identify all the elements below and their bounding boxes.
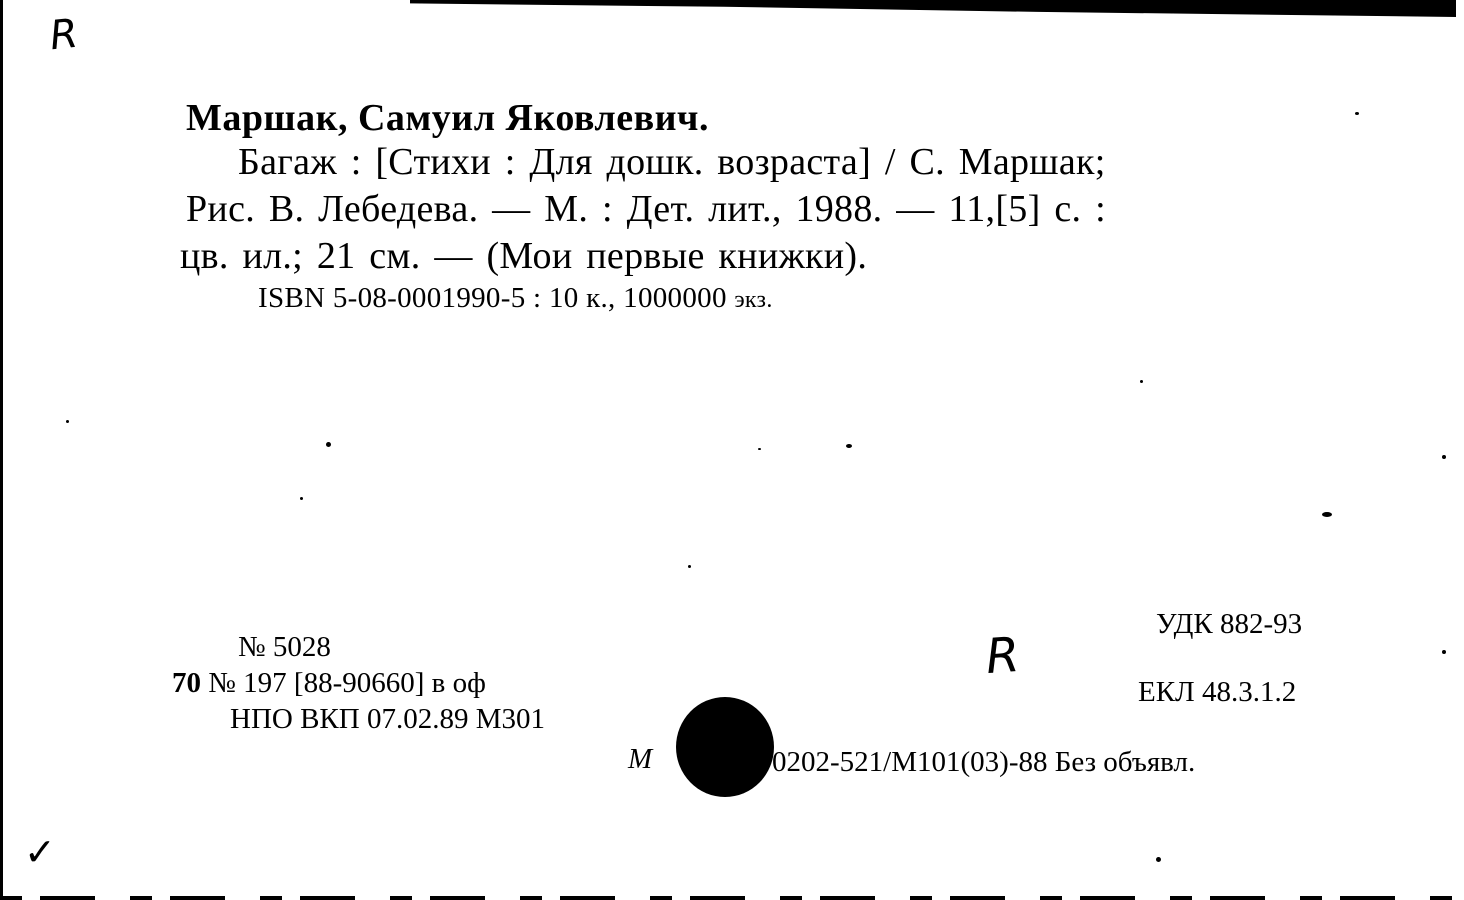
scan-speck <box>758 448 761 450</box>
scan-speck <box>66 420 69 423</box>
description-line-2: Рис. В. Лебедева. — М. : Дет. лит., 1988… <box>186 187 1106 231</box>
scan-speck <box>1442 455 1446 459</box>
isbn-suffix: экз. <box>734 287 772 313</box>
scan-speck <box>326 442 331 447</box>
handwritten-check-icon: ✓ <box>24 830 56 874</box>
scan-speck <box>1442 650 1446 654</box>
classification-code: 0202-521/М101(03)-88 Без объявл. <box>772 746 1195 779</box>
description-line-1: Багаж : [Стихи : Для дошк. возраста] / С… <box>238 140 1106 184</box>
scan-edge-bottom <box>0 896 1464 900</box>
catalog-card: R R ✓ Маршак, Самуил Яковлевич. Багаж : … <box>0 0 1464 900</box>
scan-speck <box>1140 380 1143 383</box>
udk-code: УДК 882-93 <box>1156 608 1302 641</box>
print-order-text: № 197 [88-90660] в оф <box>208 667 486 699</box>
card-number: № 5028 <box>238 631 331 664</box>
punch-hole <box>676 697 774 797</box>
scan-speck <box>688 565 691 568</box>
scan-speck <box>300 497 303 500</box>
author-heading: Маршак, Самуил Яковлевич. <box>186 96 709 140</box>
description-line-3: цв. ил.; 21 см. — (Мои первые книжки). <box>180 234 867 278</box>
publisher-line: НПО ВКП 07.02.89 М301 <box>230 703 545 736</box>
code-prefix: М <box>628 743 652 776</box>
isbn-line: ISBN 5-08-0001990-5 : 10 к., 1000000 экз… <box>258 282 773 315</box>
scan-speck <box>1156 857 1161 862</box>
print-order-prefix: 70 <box>172 667 201 699</box>
handwritten-initial-top: R <box>48 11 80 60</box>
scan-edge-top <box>410 0 1456 17</box>
isbn-text: ISBN 5-08-0001990-5 : 10 к., 1000000 <box>258 282 727 314</box>
ekl-code: ЕКЛ 48.3.1.2 <box>1138 676 1296 709</box>
print-order-line: 70 № 197 [88-90660] в оф <box>172 667 486 700</box>
scan-speck <box>846 444 852 448</box>
scan-speck <box>1355 112 1359 115</box>
scan-edge-left <box>0 0 3 900</box>
scan-speck <box>1322 512 1332 517</box>
handwritten-initial-middle: R <box>984 627 1021 685</box>
